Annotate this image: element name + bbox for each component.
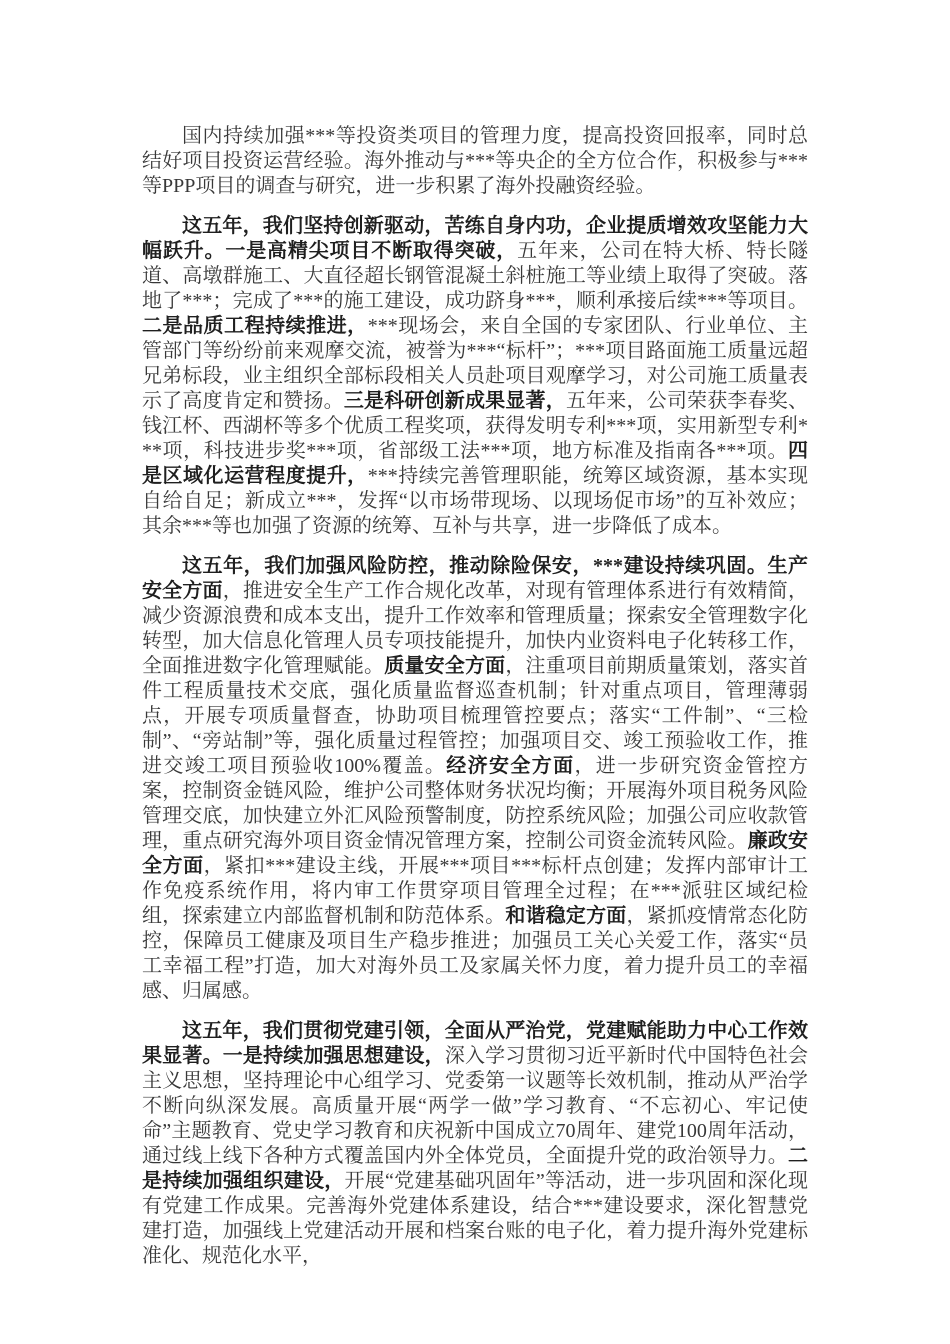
paragraph-1: 国内持续加强***等投资类项目的管理力度，提高投资回报率，同时总结好项目投资运营…	[142, 124, 808, 199]
text-run-bold-3-3: 质量安全方面	[384, 655, 505, 677]
text-run-bold-2-5: 三是科研创新成果显著，	[344, 390, 566, 412]
text-run-bold-2-3: 二是品质工程持续推进，	[142, 315, 368, 337]
document-body: 国内持续加强***等投资类项目的管理力度，提高投资回报率，同时总结好项目投资运营…	[142, 124, 808, 1284]
paragraph-2: 这五年，我们坚持创新驱动，苦练自身内功，企业提质增效攻坚能力大幅跃升。一是高精尖…	[142, 214, 808, 539]
paragraph-3: 这五年，我们加强风险防控，推动除险保安，***建设持续巩固。生产安全方面，推进安…	[142, 554, 808, 1004]
text-run-bold-3-5: 经济安全方面	[446, 755, 574, 777]
paragraph-4: 这五年，我们贯彻党建引领，全面从严治党，党建赋能助力中心工作效果显著。一是持续加…	[142, 1019, 808, 1269]
text-run-1-1: 国内持续加强***等投资类项目的管理力度，提高投资回报率，同时总结好项目投资运营…	[142, 125, 808, 197]
text-run-bold-3-9: 和谐稳定方面	[505, 905, 626, 927]
document-page: 国内持续加强***等投资类项目的管理力度，提高投资回报率，同时总结好项目投资运营…	[0, 0, 950, 1344]
